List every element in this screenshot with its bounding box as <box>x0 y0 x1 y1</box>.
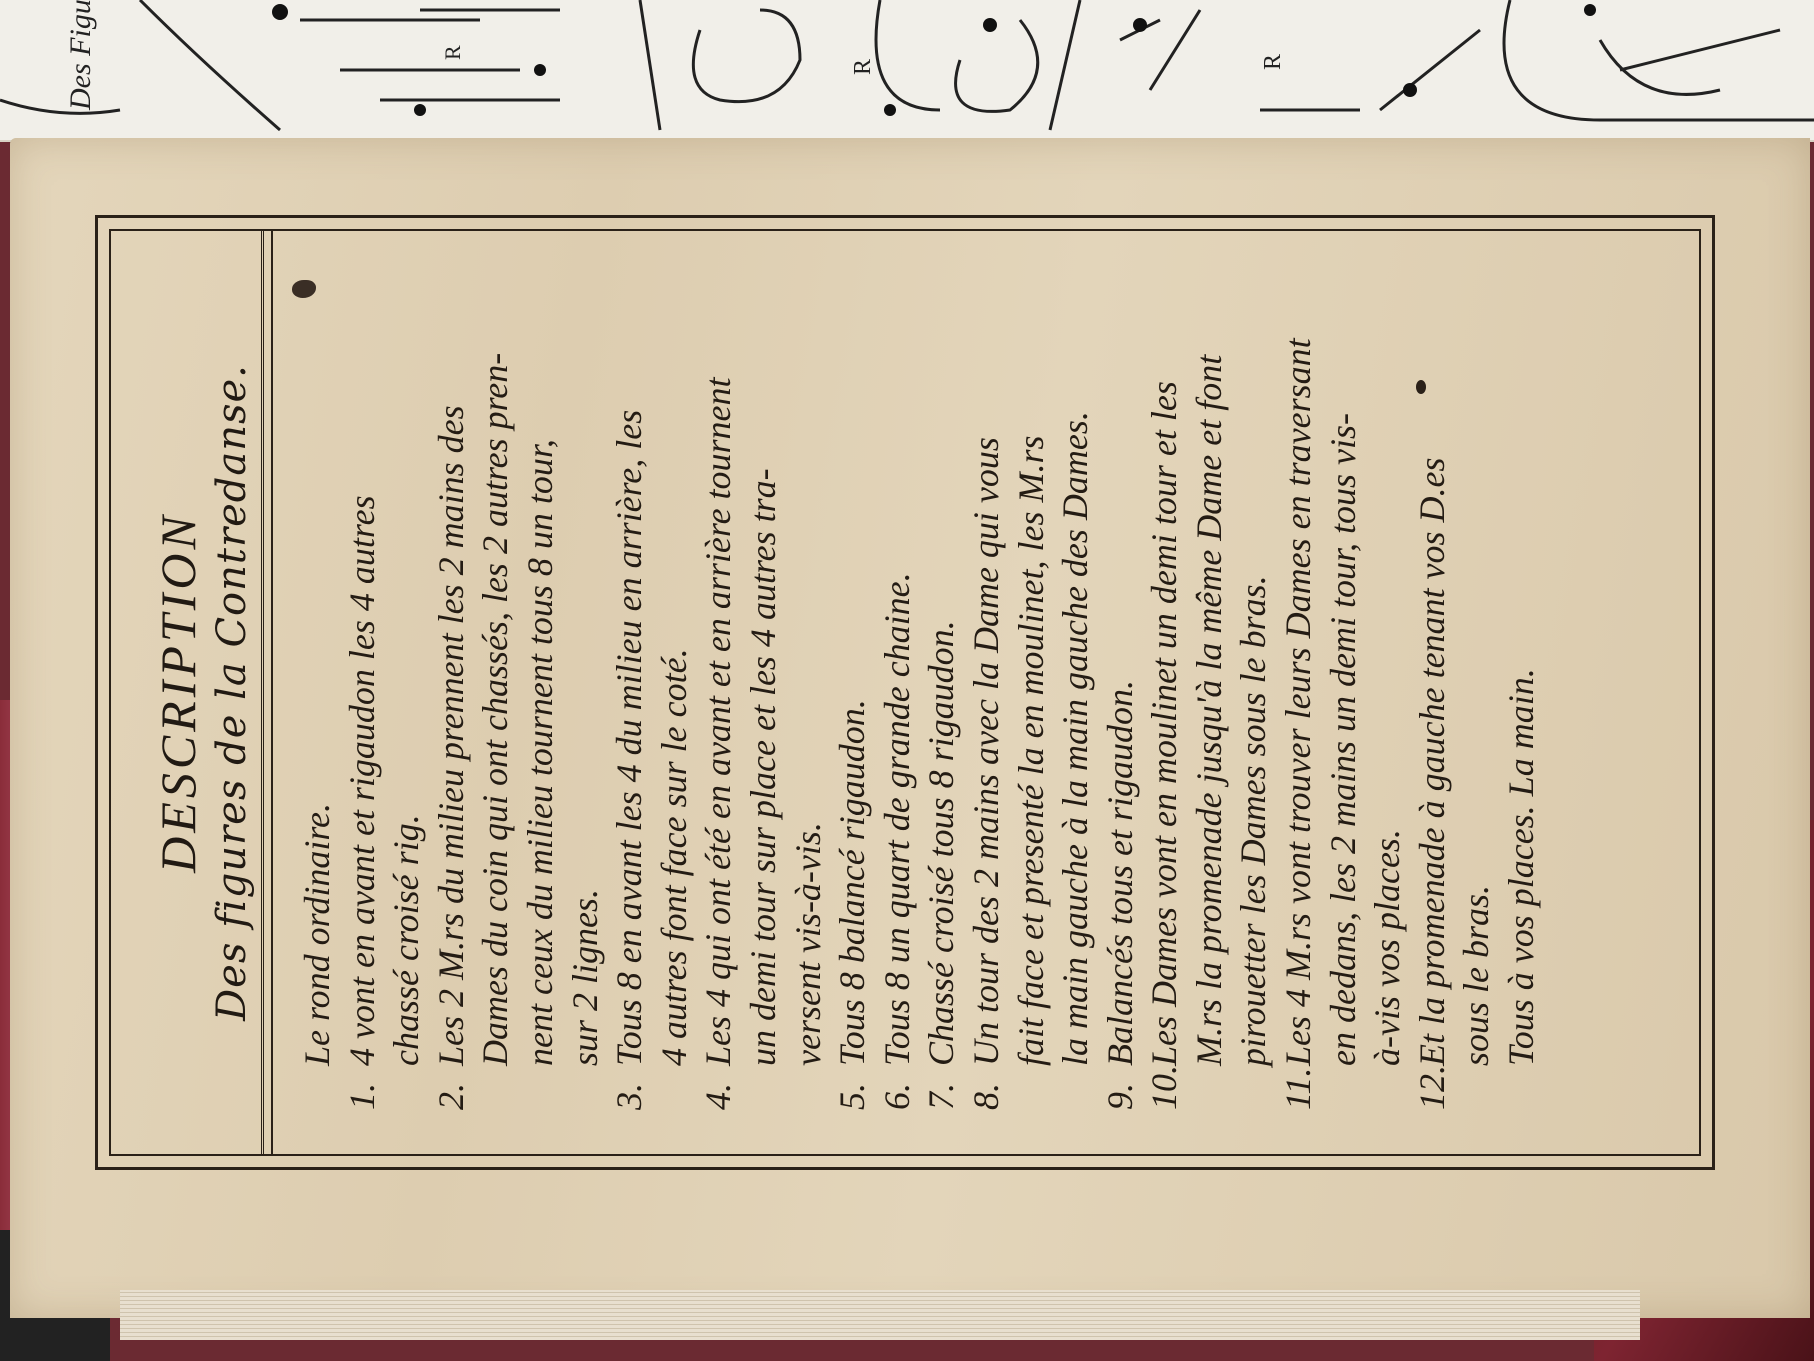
description-frame: DESCRIPTION Des figures de la Contredans… <box>95 215 1715 1170</box>
figure-number: 4. <box>696 1066 830 1110</box>
svg-text:Des Figures: Des Figures <box>64 0 97 111</box>
figure-item-12: 12. Et la promenade à gauche tenant vos … <box>1410 255 1544 1110</box>
figure-item-4: 4. Les 4 qui ont été en avant et en arri… <box>696 255 830 1110</box>
figure-number: 5. <box>830 1066 875 1110</box>
figure-item-7: 7. Chassé croisé tous 8 rigaudon. <box>919 255 964 1110</box>
figure-number: 3. <box>607 1066 696 1110</box>
page-title: DESCRIPTION <box>149 229 207 1156</box>
figure-number: 6. <box>875 1066 920 1110</box>
figure-number: 2. <box>429 1066 607 1110</box>
title-block: DESCRIPTION Des figures de la Contredans… <box>109 229 264 1156</box>
svg-text:R: R <box>440 45 465 60</box>
figure-item-5: 5. Tous 8 balancé rigaudon. <box>830 255 875 1110</box>
figure-item-10: 10. Les Dames vont en moulinet un demi t… <box>1142 255 1276 1110</box>
figure-item-2: 2. Les 2 M.rs du milieu prennent les 2 m… <box>429 255 607 1110</box>
figure-number: 8. <box>964 1066 1098 1110</box>
figure-item-3: 3. Tous 8 en avant les 4 du milieu en ar… <box>607 255 696 1110</box>
figure-number: 9. <box>1098 1066 1143 1110</box>
engraved-figure-plate: R R R Des Figures <box>0 0 1814 142</box>
figure-number: 11. <box>1276 1066 1410 1110</box>
figure-item-11: 11. Les 4 M.rs vont trouver leurs Dames … <box>1276 255 1410 1110</box>
figure-number: 10. <box>1142 1066 1276 1110</box>
figure-item-8: 8. Un tour des 2 mains avec la Dame qui … <box>964 255 1098 1110</box>
figure-number: 1. <box>340 1066 429 1110</box>
figure-item-9: 9. Balancés tous et rigaudon. <box>1098 255 1143 1110</box>
page-edges <box>120 1290 1640 1340</box>
dance-figure-diagram-icon: R R R Des Figures <box>0 0 1814 140</box>
figure-item-1: 1. 4 vont en avant et rigaudon les 4 aut… <box>340 255 429 1110</box>
figure-number: 7. <box>919 1066 964 1110</box>
figures-list: Le rond ordinaire. 1. 4 vont en avant et… <box>295 255 1675 1110</box>
svg-text:R: R <box>850 59 876 75</box>
svg-text:R: R <box>1260 54 1286 70</box>
intro-line: Le rond ordinaire. <box>295 255 340 1110</box>
figure-number: 12. <box>1410 1066 1544 1110</box>
ink-dot-mark <box>1416 380 1426 394</box>
figure-item-6: 6. Tous 8 un quart de grande chaine. <box>875 255 920 1110</box>
page-subtitle: Des figures de la Contredanse. <box>209 229 255 1156</box>
